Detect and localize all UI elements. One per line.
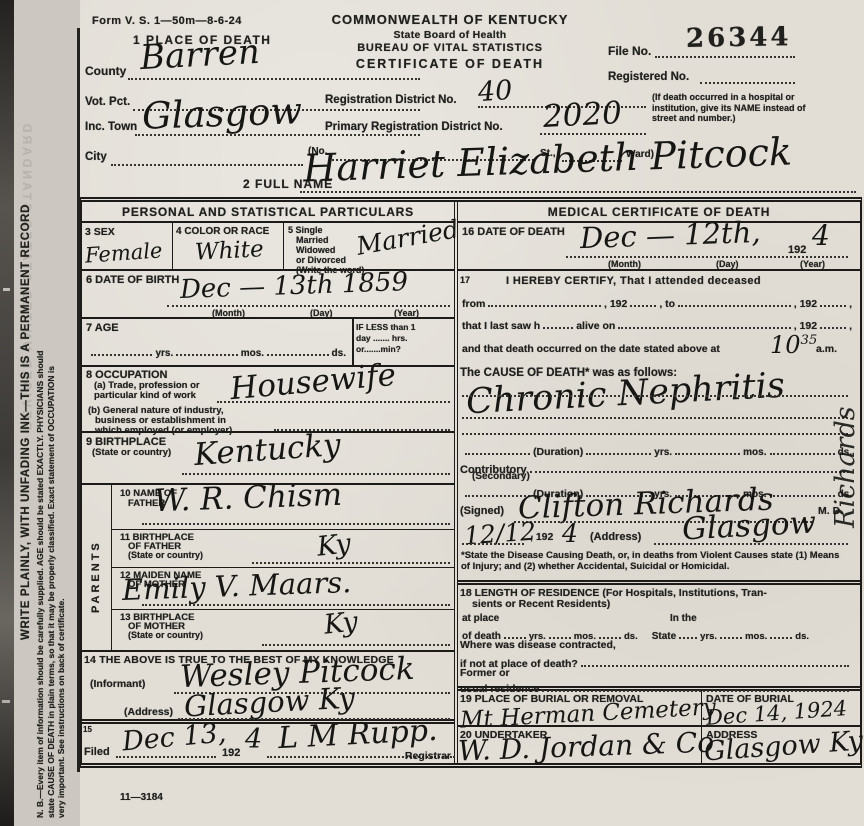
yrs-label: yrs. [155, 348, 173, 359]
filed-year-printed: 192 [222, 747, 240, 759]
certificate-body: PERSONAL AND STATISTICAL PARTICULARS 3 S… [80, 197, 862, 768]
comma: , [849, 298, 852, 310]
year-192: , 192 [604, 298, 627, 310]
dotted-line [167, 305, 450, 307]
dotted-line [252, 562, 450, 564]
undertaker-cell: 20 UNDERTAKER W. D. Jordan & Co [458, 727, 702, 763]
occupation-a-line: particular kind of work [94, 390, 196, 401]
dotted-line [176, 347, 237, 356]
inc-town-value: Glasgow [141, 92, 302, 135]
age-row: 7 AGE yrs. mos. ds. IF LESS than 1 day .… [82, 319, 454, 367]
primary-district-value: 2020 [542, 98, 622, 133]
dotted-line [182, 473, 450, 475]
state-or-country-sublabel: (State or country) [128, 630, 203, 640]
ds-label: ds. [795, 631, 809, 642]
mother-name-row: 12 MAIDEN NAME OF MOTHER Emily V. Maars. [112, 567, 454, 609]
mos-label: mos. [745, 631, 767, 642]
marital-value: Married [355, 216, 461, 259]
dotted-line [618, 319, 790, 329]
sex-cell: 3 SEX Female [82, 223, 172, 269]
father-name-row: 10 NAME OF FATHER W. R. Chism [112, 485, 454, 529]
informant-label: (Informant) [90, 678, 145, 690]
parents-section: PARENTS 10 NAME OF FATHER W. R. Chism 11… [82, 485, 454, 652]
dod-year-digit: 4 [812, 222, 830, 250]
certify-text: I HEREBY CERTIFY, That I attended deceas… [506, 275, 761, 287]
reg-district-value: 40 [477, 77, 513, 106]
dotted-line [262, 644, 450, 646]
physician-address-value: Glasgow [681, 508, 817, 546]
race-label: 4 COLOR OR RACE [176, 226, 269, 237]
dob-row: 6 DATE OF BIRTH Dec — 13th 1859 (Month) … [82, 271, 454, 319]
filed-item-number: 15 [83, 725, 92, 734]
registered-no-label: Registered No. [608, 71, 689, 83]
year-192: , 192 [794, 298, 817, 310]
marital-label-line: or Divorced [288, 255, 364, 265]
from-label: from [462, 298, 485, 310]
father-bp-value: Ky [316, 530, 352, 560]
certify-block: 17 I HEREBY CERTIFY, That I attended dec… [458, 271, 860, 365]
yrs-label: yrs. [700, 631, 717, 642]
age-less-line: or.......min? [356, 344, 452, 355]
margin-note-line: very important. See instructions on back… [56, 26, 67, 818]
primary-district-label: Primary Registration District No. [325, 121, 503, 133]
attest-row: 14 THE ABOVE IS TRUE TO THE BEST OF MY K… [82, 652, 454, 724]
scan-artifact [2, 700, 10, 703]
agency-header: COMMONWEALTH OF KENTUCKY State Board of … [300, 12, 600, 71]
dob-value: Dec — 13th 1859 [180, 269, 409, 303]
dotted-line [542, 678, 849, 692]
year-sublabel: (Year) [800, 259, 825, 269]
dotted-line [630, 297, 656, 307]
registrar-signature: L M Rupp. [277, 716, 438, 754]
margin-note-line: state CAUSE OF DEATH in plain terms, so … [46, 26, 57, 818]
father-name-value: W. R. Chism [154, 480, 343, 518]
death-time-value: 1035 [770, 333, 817, 357]
dotted-line [142, 604, 450, 606]
dotted-line [465, 441, 530, 455]
to-label: , to [659, 298, 675, 310]
filed-year-digit: 4 [245, 726, 262, 753]
dotted-line [679, 625, 697, 639]
age-main-cell: 7 AGE yrs. mos. ds. [82, 319, 352, 365]
birthplace-value: Kentucky [193, 430, 342, 471]
death-time-hour: 10 [770, 331, 801, 359]
file-no-value: 26344 [686, 22, 792, 54]
dotted-line [581, 653, 849, 667]
marital-label-line: Married [288, 235, 364, 245]
dotted-line [267, 347, 328, 356]
dotted-line [675, 441, 740, 455]
bureau-title: BUREAU OF VITAL STATISTICS [300, 42, 600, 54]
day-sublabel: (Day) [716, 259, 739, 269]
dotted-line [543, 319, 573, 329]
city-label: City [85, 151, 107, 163]
board-title: State Board of Health [300, 29, 600, 41]
dotted-line [654, 543, 848, 545]
dotted-line [462, 395, 848, 397]
dotted-line [820, 297, 846, 307]
signed-block: (Signed) Clifton Richards M. D. 12/12 , … [458, 495, 860, 549]
signed-year-printed: , 192 [530, 531, 553, 543]
dotted-line [300, 191, 856, 193]
informant-address-value: Glasgow Ky [183, 684, 355, 722]
dotted-line [111, 164, 303, 166]
cause-of-death-block: The CAUSE OF DEATH* was as follows: Chro… [458, 365, 860, 457]
comma: , [849, 320, 852, 332]
mother-birthplace-row: 13 BIRTHPLACE OF MOTHER (State or countr… [112, 609, 454, 650]
vot-pct-label: Vot. Pct. [85, 96, 130, 108]
yrs-label: yrs. [654, 447, 672, 458]
at-place-label: at place [462, 613, 499, 624]
informant-address-label: (Address) [124, 706, 173, 718]
sex-label: 3 SEX [85, 226, 115, 238]
residence-label2: sients or Recent Residents) [472, 598, 610, 610]
signature-overflow-vertical: Richards [832, 406, 859, 528]
ds-label: ds. [624, 631, 638, 642]
marital-label-line: Widowed [288, 245, 364, 255]
dotted-line [586, 441, 651, 455]
am-label: a.m. [816, 343, 837, 355]
personal-column: PERSONAL AND STATISTICAL PARTICULARS 3 S… [82, 202, 458, 763]
age-label: 7 AGE [86, 322, 119, 334]
state-or-country-sublabel: (State or country) [92, 447, 171, 458]
dotted-line [770, 441, 835, 455]
undertaker-value: W. D. Jordan & Co [458, 729, 715, 766]
death-certificate-scan: REVISED UNITED STATES STANDARD WRITE PLA… [0, 0, 864, 826]
dod-label: 16 DATE OF DEATH [462, 226, 565, 238]
alive-on-label: alive on [576, 320, 615, 332]
dotted-line [462, 433, 848, 435]
dotted-line [700, 82, 795, 84]
certificate-title: CERTIFICATE OF DEATH [300, 57, 600, 71]
cause-footnote: *State the Disease Causing Death, or, in… [458, 549, 860, 585]
file-no-label: File No. [608, 44, 651, 58]
personal-title: PERSONAL AND STATISTICAL PARTICULARS [82, 202, 454, 223]
secondary-label: (Secondary) [472, 471, 530, 482]
medical-column: MEDICAL CERTIFICATE OF DEATH 16 DATE OF … [458, 202, 860, 763]
dotted-line [820, 319, 846, 329]
margin-headline: WRITE PLAINLY, WITH UNFADING INK—THIS IS… [20, 26, 32, 818]
hospital-note: (If death occurred in a hospital or inst… [652, 92, 810, 124]
burial-date-cell: DATE OF BURIAL Dec 14, 1924 [702, 691, 860, 725]
burial-row: 19 PLACE OF BURIAL OR REMOVAL Mt Herman … [458, 691, 860, 727]
form-number: Form V. S. 1—50m—8-6-24 [92, 15, 242, 27]
dotted-line [720, 625, 742, 639]
state-or-country-sublabel: (State or country) [128, 550, 203, 560]
date-of-death-row: 16 DATE OF DEATH Dec — 12th, 192 4 (Mont… [458, 223, 860, 271]
duration-label: (Duration) [533, 446, 583, 458]
father-birthplace-row: 11 BIRTHPLACE OF FATHER (State or countr… [112, 529, 454, 567]
state-label: State [652, 631, 676, 642]
physician-address-label: (Address) [590, 531, 641, 543]
race-value: White [194, 238, 264, 265]
signed-label: (Signed) [460, 505, 504, 517]
dotted-line [462, 417, 848, 419]
marital-label-line: 5 Single [288, 225, 364, 235]
dotted-line [504, 625, 526, 639]
footnote-text: *State the Disease Causing Death, or, in… [461, 551, 849, 572]
filed-row: 15 Filed Dec 13, 192 4 L M Rupp. Registr… [82, 724, 454, 764]
parents-strip: PARENTS [82, 485, 112, 650]
parents-label: PARENTS [90, 540, 102, 613]
dod-value: Dec — 12th, [580, 218, 761, 253]
month-sublabel: (Month) [212, 308, 245, 318]
race-cell: 4 COLOR OR RACE White [172, 223, 284, 269]
dod-year-printed: 192 [788, 244, 806, 256]
day-sublabel: (Day) [310, 308, 333, 318]
death-occurred-label: and that death occurred on the date stat… [462, 343, 720, 355]
ds-label: ds. [332, 348, 346, 359]
age-less-line: IF LESS than 1 [356, 322, 452, 333]
dotted-line [217, 401, 450, 403]
filed-date-value: Dec 13, [121, 720, 227, 756]
sex-value: Female [84, 240, 163, 266]
month-sublabel: (Month) [608, 259, 641, 269]
occupation-row: 8 OCCUPATION (a) Trade, profession or pa… [82, 367, 454, 433]
county-label: County [85, 64, 126, 78]
mother-bp-value: Ky [323, 608, 359, 638]
margin-instructions: WRITE PLAINLY, WITH UNFADING INK—THIS IS… [20, 26, 67, 818]
mos-label: mos. [743, 447, 766, 458]
birthplace-row: 9 BIRTHPLACE (State or country) Kentucky [82, 433, 454, 485]
dotted-line [488, 297, 601, 307]
reg-district-label: Registration District No. [325, 94, 457, 106]
last-saw-label: that I last saw h [462, 320, 540, 332]
certify-item-number: 17 [460, 275, 470, 285]
print-code: 11—3184 [120, 792, 163, 803]
dotted-line [566, 256, 848, 258]
year-192: , 192 [794, 320, 817, 332]
filed-label: Filed [84, 746, 110, 758]
dotted-line [462, 543, 524, 545]
dotted-line [128, 78, 420, 80]
margin-note-line: N. B.—Every item of information should b… [35, 26, 46, 818]
county-value: Barren [139, 35, 260, 75]
dotted-line [530, 459, 849, 473]
dotted-line [655, 56, 795, 58]
death-time-minutes: 35 [801, 333, 818, 348]
dob-label: 6 DATE OF BIRTH [86, 274, 179, 286]
dotted-line [678, 297, 791, 307]
dotted-line [91, 347, 152, 356]
undertaker-row: 20 UNDERTAKER W. D. Jordan & Co ADDRESS … [458, 727, 860, 763]
dotted-line [549, 625, 571, 639]
signed-year-digit: 4 [562, 521, 578, 546]
age-less-line: day ....... hrs. [356, 333, 452, 344]
scan-artifact [3, 288, 10, 291]
in-the-label: In the [670, 613, 697, 624]
contracted-label: Where was disease contracted, [460, 639, 616, 651]
age-less-cell: IF LESS than 1 day ....... hrs. or......… [352, 319, 454, 365]
mos-label: mos. [241, 348, 264, 359]
residence-block: 18 LENGTH OF RESIDENCE (For Hospitals, I… [458, 585, 860, 691]
dotted-line [770, 625, 792, 639]
marital-cell: 5 Single Married Widowed or Divorced (Wr… [284, 223, 454, 269]
dotted-line [116, 756, 216, 758]
parents-rows: 10 NAME OF FATHER W. R. Chism 11 BIRTHPL… [112, 485, 454, 650]
sex-race-marital-row: 3 SEX Female 4 COLOR OR RACE White 5 Sin… [82, 223, 454, 271]
registrar-label: Registrar [405, 750, 451, 762]
burial-place-cell: 19 PLACE OF BURIAL OR REMOVAL Mt Herman … [458, 691, 702, 725]
commonwealth-title: COMMONWEALTH OF KENTUCKY [300, 12, 600, 27]
mother-name-value: Emily V. Maars. [122, 568, 352, 605]
undertaker-address-cell: ADDRESS Glasgow Ky [702, 727, 860, 763]
dotted-line [599, 625, 621, 639]
occupation-value: Housewife [229, 360, 397, 405]
inc-town-label: Inc. Town [85, 121, 137, 133]
dotted-line [142, 523, 450, 525]
year-sublabel: (Year) [394, 308, 419, 318]
